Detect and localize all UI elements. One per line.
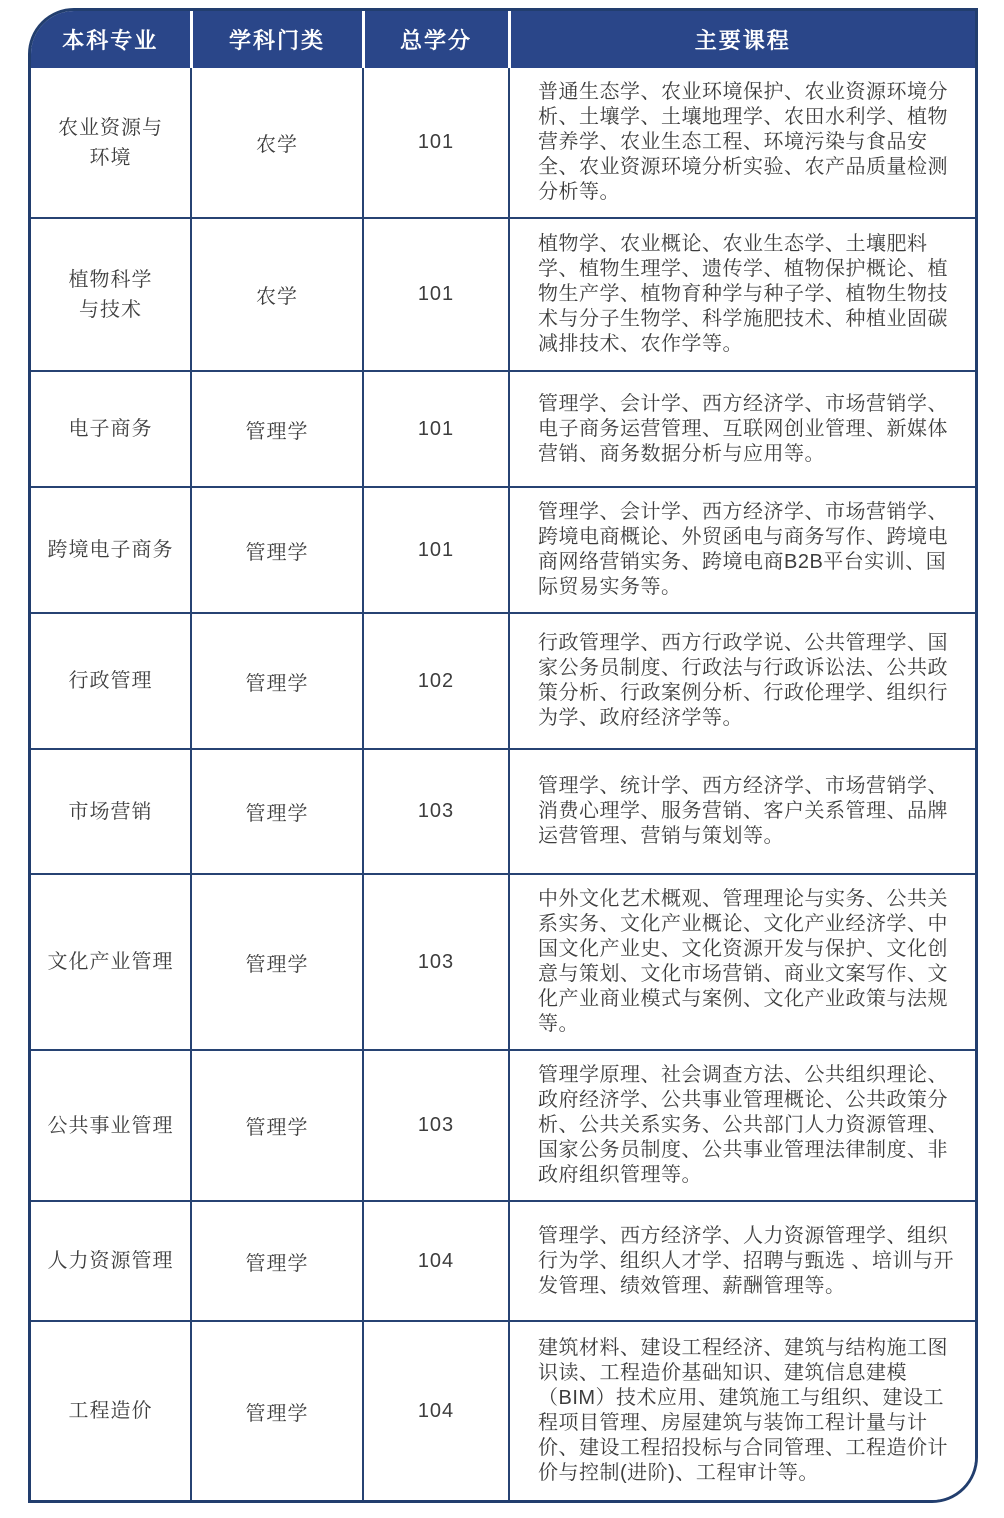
majors-table: 本科专业 学科门类 总学分 主要课程 农业资源与 环境 农学 101 普通生态学… (28, 8, 978, 1503)
cell-courses: 管理学、会计学、西方经济学、市场营销学、跨境电商概论、外贸函电与商务写作、跨境电… (509, 487, 975, 613)
cell-credits: 103 (363, 749, 509, 874)
table-row: 公共事业管理 管理学 103 管理学原理、社会调查方法、公共组织理论、政府经济学… (31, 1050, 975, 1201)
cell-credits: 101 (363, 218, 509, 371)
column-header-category: 学科门类 (191, 11, 363, 68)
cell-category: 农学 (191, 218, 363, 371)
table-row: 市场营销 管理学 103 管理学、统计学、西方经济学、市场营销学、消费心理学、服… (31, 749, 975, 874)
cell-category: 管理学 (191, 1321, 363, 1500)
page: 本科专业 学科门类 总学分 主要课程 农业资源与 环境 农学 101 普通生态学… (0, 0, 1004, 1518)
table-row: 行政管理 管理学 102 行政管理学、西方行政学说、公共管理学、国家公务员制度、… (31, 613, 975, 749)
table-row: 跨境电子商务 管理学 101 管理学、会计学、西方经济学、市场营销学、跨境电商概… (31, 487, 975, 613)
cell-credits: 104 (363, 1321, 509, 1500)
cell-major: 市场营销 (31, 749, 191, 874)
table-row: 电子商务 管理学 101 管理学、会计学、西方经济学、市场营销学、电子商务运营管… (31, 371, 975, 487)
cell-courses: 管理学、西方经济学、人力资源管理学、组织行为学、组织人才学、招聘与甄选 、培训与… (509, 1201, 975, 1321)
table-row: 人力资源管理 管理学 104 管理学、西方经济学、人力资源管理学、组织行为学、组… (31, 1201, 975, 1321)
cell-major: 跨境电子商务 (31, 487, 191, 613)
cell-category: 管理学 (191, 749, 363, 874)
cell-major: 工程造价 (31, 1321, 191, 1500)
cell-category: 管理学 (191, 613, 363, 749)
cell-category: 管理学 (191, 1201, 363, 1321)
cell-credits: 103 (363, 1050, 509, 1201)
cell-credits: 102 (363, 613, 509, 749)
cell-category: 管理学 (191, 371, 363, 487)
header-row: 本科专业 学科门类 总学分 主要课程 (31, 11, 975, 68)
majors-table-grid: 本科专业 学科门类 总学分 主要课程 农业资源与 环境 农学 101 普通生态学… (31, 11, 975, 1500)
column-header-courses: 主要课程 (509, 11, 975, 68)
table-body: 农业资源与 环境 农学 101 普通生态学、农业环境保护、农业资源环境分析、土壤… (31, 68, 975, 1500)
cell-major: 人力资源管理 (31, 1201, 191, 1321)
table-row: 工程造价 管理学 104 建筑材料、建设工程经济、建筑与结构施工图识读、工程造价… (31, 1321, 975, 1500)
cell-courses: 建筑材料、建设工程经济、建筑与结构施工图识读、工程造价基础知识、建筑信息建模（B… (509, 1321, 975, 1500)
cell-credits: 101 (363, 371, 509, 487)
cell-courses: 管理学、会计学、西方经济学、市场营销学、电子商务运营管理、互联网创业管理、新媒体… (509, 371, 975, 487)
cell-credits: 101 (363, 487, 509, 613)
cell-courses: 普通生态学、农业环境保护、农业资源环境分析、土壤学、土壤地理学、农田水利学、植物… (509, 68, 975, 218)
cell-major: 电子商务 (31, 371, 191, 487)
cell-major: 公共事业管理 (31, 1050, 191, 1201)
cell-credits: 103 (363, 874, 509, 1050)
table-row: 植物科学 与技术 农学 101 植物学、农业概论、农业生态学、土壤肥料学、植物生… (31, 218, 975, 371)
column-header-major: 本科专业 (31, 11, 191, 68)
cell-credits: 104 (363, 1201, 509, 1321)
cell-courses: 植物学、农业概论、农业生态学、土壤肥料学、植物生理学、遗传学、植物保护概论、植物… (509, 218, 975, 371)
cell-courses: 管理学、统计学、西方经济学、市场营销学、消费心理学、服务营销、客户关系管理、品牌… (509, 749, 975, 874)
cell-category: 管理学 (191, 1050, 363, 1201)
cell-major: 农业资源与 环境 (31, 68, 191, 218)
cell-credits: 101 (363, 68, 509, 218)
cell-courses: 行政管理学、西方行政学说、公共管理学、国家公务员制度、行政法与行政诉讼法、公共政… (509, 613, 975, 749)
cell-major: 文化产业管理 (31, 874, 191, 1050)
cell-category: 管理学 (191, 487, 363, 613)
cell-category: 管理学 (191, 874, 363, 1050)
table-row: 农业资源与 环境 农学 101 普通生态学、农业环境保护、农业资源环境分析、土壤… (31, 68, 975, 218)
table-row: 文化产业管理 管理学 103 中外文化艺术概观、管理理论与实务、公共关系实务、文… (31, 874, 975, 1050)
cell-major: 植物科学 与技术 (31, 218, 191, 371)
column-header-credits: 总学分 (363, 11, 509, 68)
cell-courses: 管理学原理、社会调查方法、公共组织理论、政府经济学、公共事业管理概论、公共政策分… (509, 1050, 975, 1201)
cell-major: 行政管理 (31, 613, 191, 749)
table-header: 本科专业 学科门类 总学分 主要课程 (31, 11, 975, 68)
cell-category: 农学 (191, 68, 363, 218)
cell-courses: 中外文化艺术概观、管理理论与实务、公共关系实务、文化产业概论、文化产业经济学、中… (509, 874, 975, 1050)
